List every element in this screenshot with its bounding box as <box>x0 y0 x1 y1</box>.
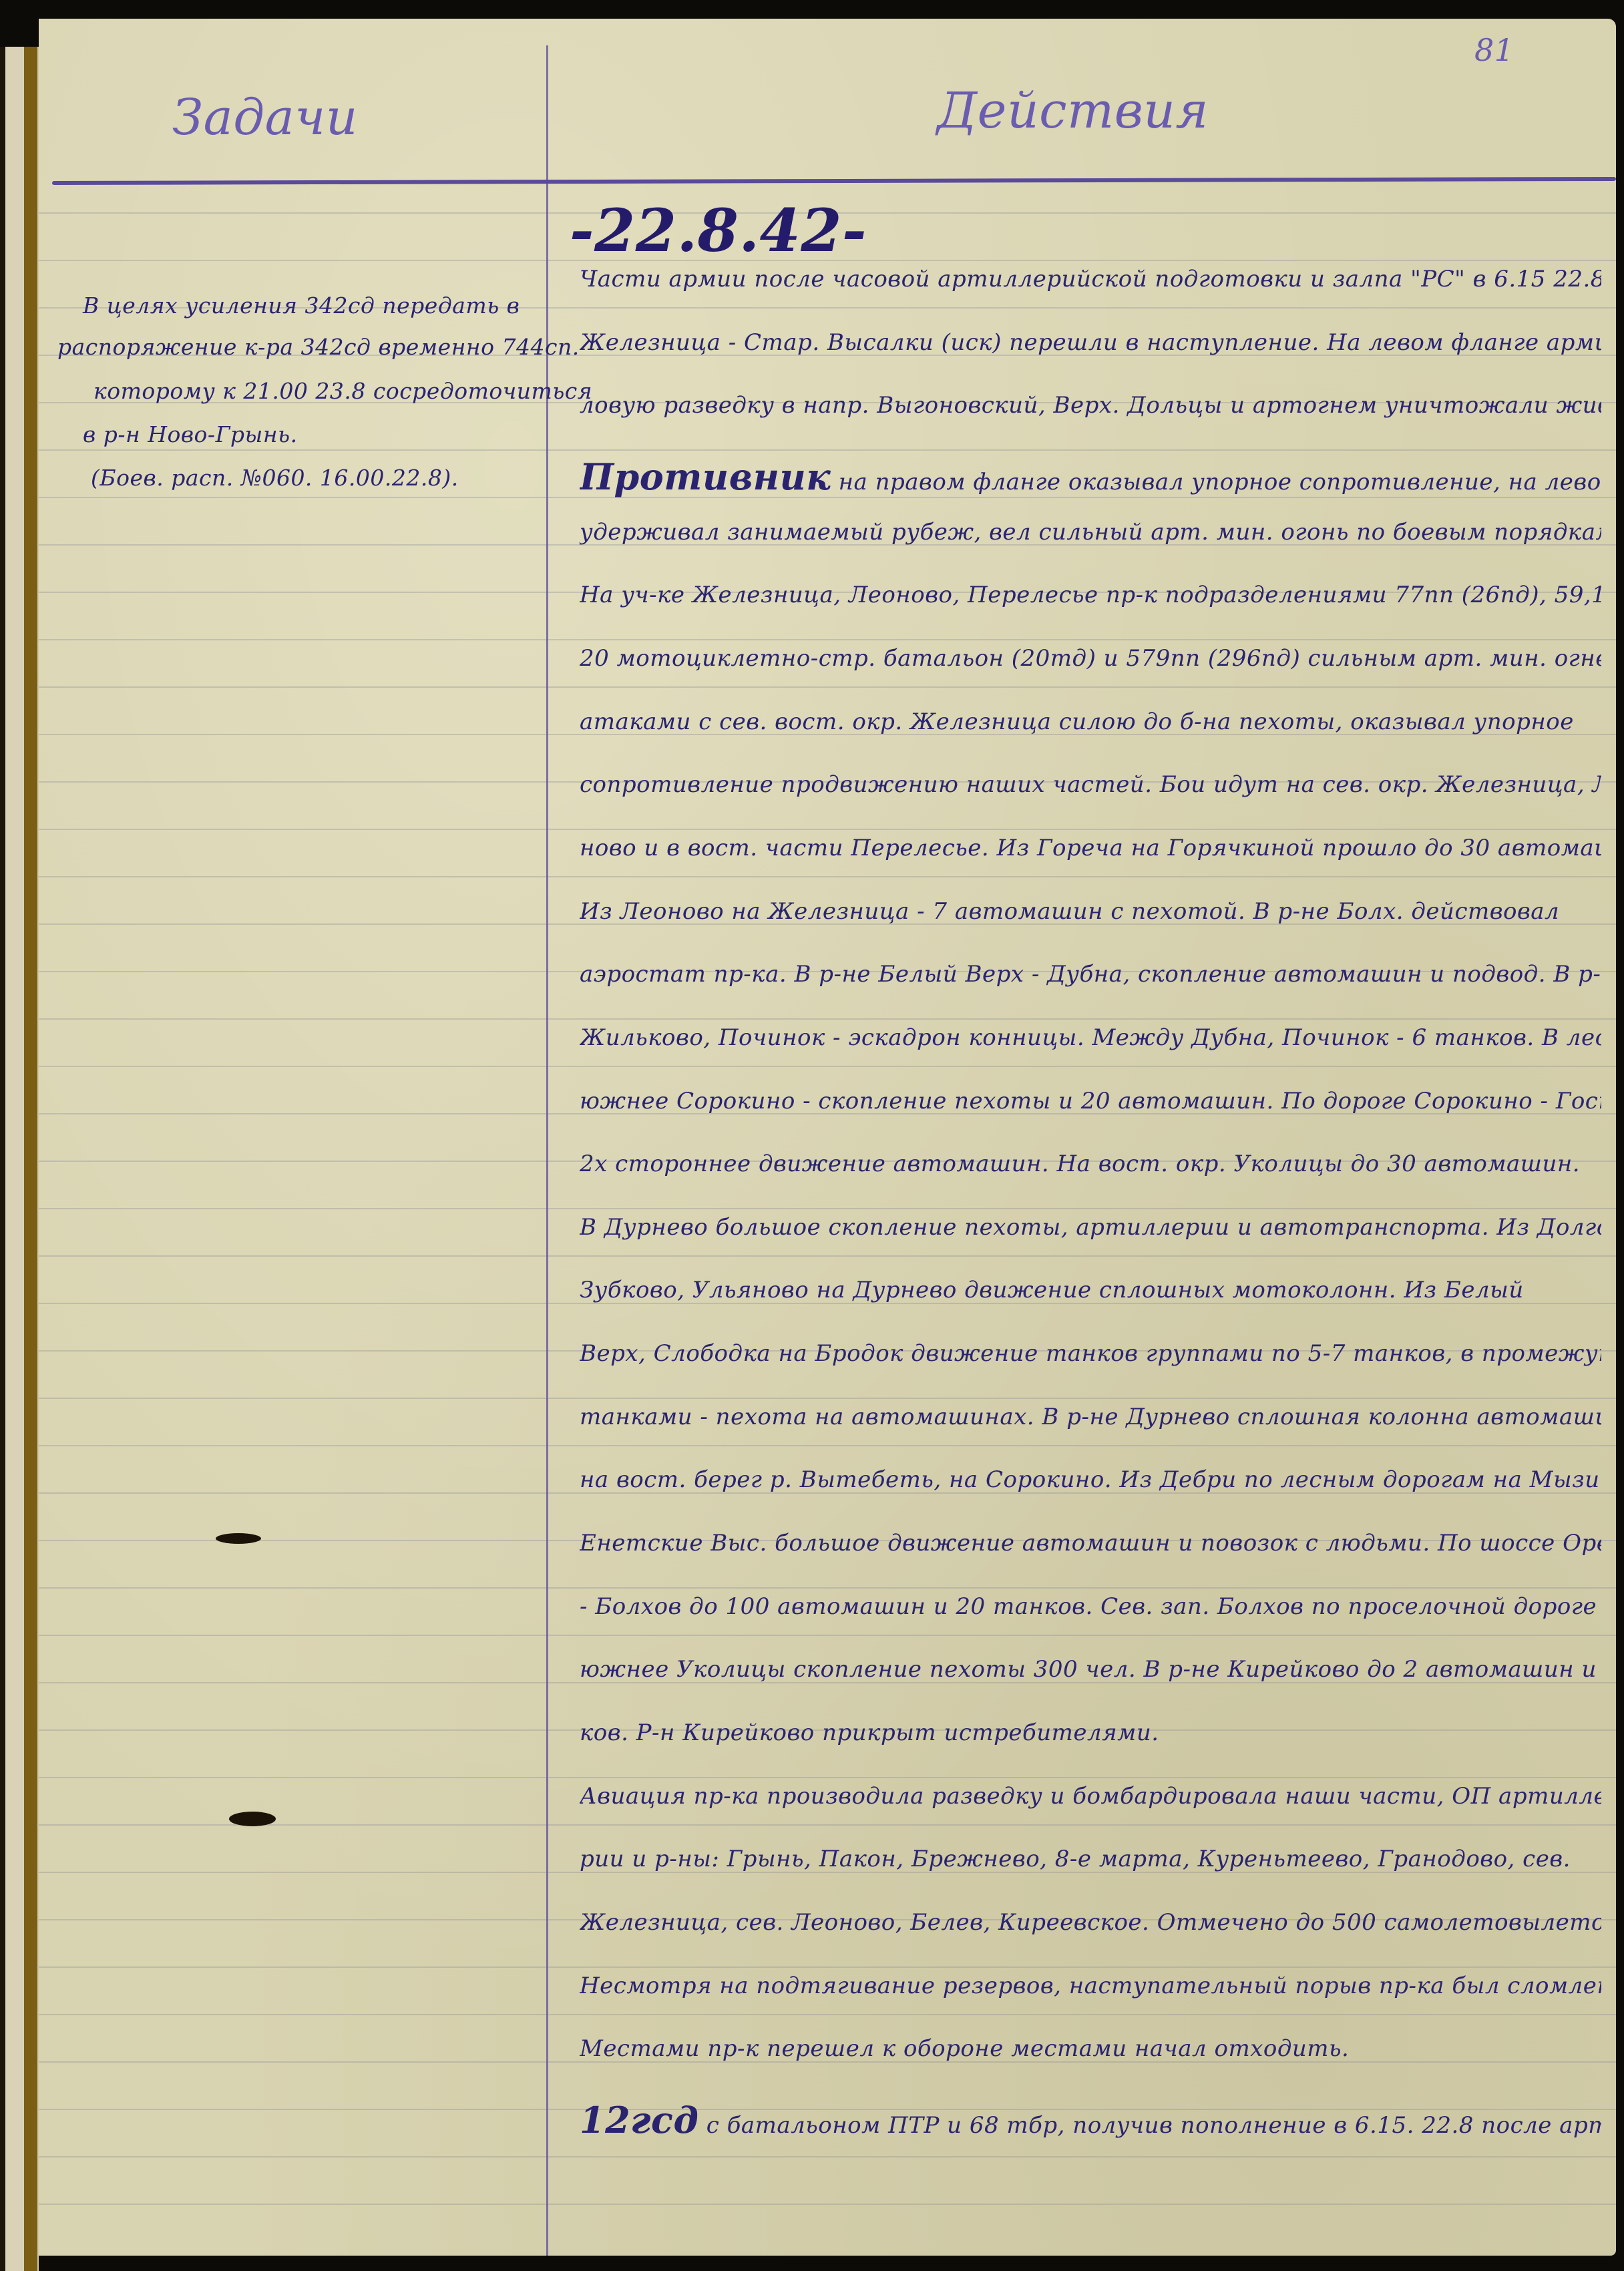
action-line: Противник на правом фланге оказывал упор… <box>580 455 1601 498</box>
action-line: Местами пр-к перешел к обороне местами н… <box>580 2035 1601 2062</box>
action-line: на вост. берег р. Вытебеть, на Сорокино.… <box>580 1466 1601 1493</box>
ruled-line <box>39 876 1616 877</box>
ruled-line <box>39 2014 1616 2015</box>
action-line: удерживал занимаемый рубеж, вел сильный … <box>580 519 1601 546</box>
action-line: танками - пехота на автомашинах. В р-не … <box>580 1404 1601 1430</box>
entry-date: -22.8.42- <box>570 196 867 265</box>
column-header-tasks: Задачи <box>172 89 358 146</box>
task-line: распоряжение к-ра 342сд временно 744сп. <box>57 334 512 360</box>
binding-spine <box>0 47 39 2271</box>
ruled-line <box>39 686 1616 688</box>
action-line: 2х стороннее движение автомашин. На вост… <box>580 1151 1601 1177</box>
ruled-line <box>39 1587 1616 1589</box>
action-line: южнее Уколицы скопление пехоты 300 чел. … <box>580 1656 1601 1683</box>
ruled-line <box>39 1018 1616 1020</box>
ruled-line <box>39 1208 1616 1209</box>
ruled-line <box>39 1255 1616 1257</box>
action-line: Зубково, Ульяново на Дурнево движение сп… <box>580 1277 1601 1303</box>
ruled-line <box>39 1824 1616 1826</box>
action-line: Авиация пр-ка производила разведку и бом… <box>580 1783 1601 1810</box>
ruled-line <box>39 1445 1616 1446</box>
action-line: атаками с сев. вост. окр. Железница сило… <box>580 708 1601 735</box>
section-text: на правом фланге оказывал упорное сопрот… <box>831 469 1601 495</box>
ruled-line <box>39 449 1616 451</box>
action-line: Жильково, Починок - эскадрон конницы. Ме… <box>580 1024 1601 1051</box>
diary-page: Задачи Действия 81 -22.8.42- В целях уси… <box>39 19 1616 2256</box>
ruled-line <box>39 639 1616 640</box>
action-line: ново и в вост. части Перелесье. Из Гореч… <box>580 835 1601 861</box>
section-text: с батальоном ПТР и 68 тбр, получив попол… <box>698 2112 1601 2139</box>
header-underline <box>52 177 1616 185</box>
ruled-line <box>39 2156 1616 2157</box>
action-line: ков. Р-н Кирейково прикрыт истребителями… <box>580 1719 1601 1746</box>
ruled-line <box>39 829 1616 830</box>
action-line: 12гсд с батальоном ПТР и 68 тбр, получив… <box>580 2099 1601 2141</box>
ruled-line <box>39 1635 1616 1636</box>
action-line: Железница - Стар. Высалки (иск) перешли … <box>580 329 1601 356</box>
action-line: рии и р-ны: Грынь, Пакон, Брежнево, 8-е … <box>580 1846 1601 1872</box>
action-line: На уч-ке Железница, Леоново, Перелесье п… <box>580 582 1601 608</box>
action-line: аэростат пр-ка. В р-не Белый Верх - Дубн… <box>580 961 1601 988</box>
ruled-line <box>39 1967 1616 1968</box>
action-line: В Дурнево большое скопление пехоты, арти… <box>580 1214 1601 1241</box>
action-line: ловую разведку в напр. Выгоновский, Верх… <box>580 392 1601 419</box>
ruled-line <box>39 1398 1616 1399</box>
ruled-line <box>39 2204 1616 2205</box>
ruled-line <box>39 1777 1616 1778</box>
action-line: Енетские Выс. большое движение автомашин… <box>580 1530 1601 1557</box>
section-lead: 12гсд <box>580 2099 698 2141</box>
paper-hole <box>229 1812 276 1826</box>
action-line: - Болхов до 100 автомашин и 20 танков. С… <box>580 1593 1601 1620</box>
column-header-actions: Действия <box>937 82 1209 140</box>
task-line: которому к 21.00 23.8 сосредоточиться <box>93 378 548 404</box>
task-line: в р-н Ново-Грынь. <box>83 421 537 447</box>
page-number: 81 <box>1474 32 1514 68</box>
action-line: Железница, сев. Леоново, Белев, Киреевск… <box>580 1909 1601 1936</box>
action-line: 20 мотоциклетно-стр. батальон (20тд) и 5… <box>580 645 1601 672</box>
action-line: Части армии после часовой артиллерийской… <box>580 266 1601 292</box>
task-line: В целях усиления 342сд передать в <box>83 292 537 319</box>
column-divider <box>546 45 548 2256</box>
action-line: сопротивление продвижению наших частей. … <box>580 771 1601 798</box>
action-line: Несмотря на подтягивание резервов, насту… <box>580 1973 1601 1999</box>
task-line: (Боев. расп. №060. 16.00.22.8). <box>91 465 545 491</box>
action-line: Верх, Слободка на Бродок движение танков… <box>580 1340 1601 1367</box>
ruled-line <box>39 1066 1616 1067</box>
paper-hole <box>216 1533 261 1544</box>
action-line: южнее Сорокино - скопление пехоты и 20 а… <box>580 1088 1601 1114</box>
action-line: Из Леоново на Железница - 7 автомашин с … <box>580 898 1601 925</box>
section-lead: Противник <box>580 455 831 498</box>
